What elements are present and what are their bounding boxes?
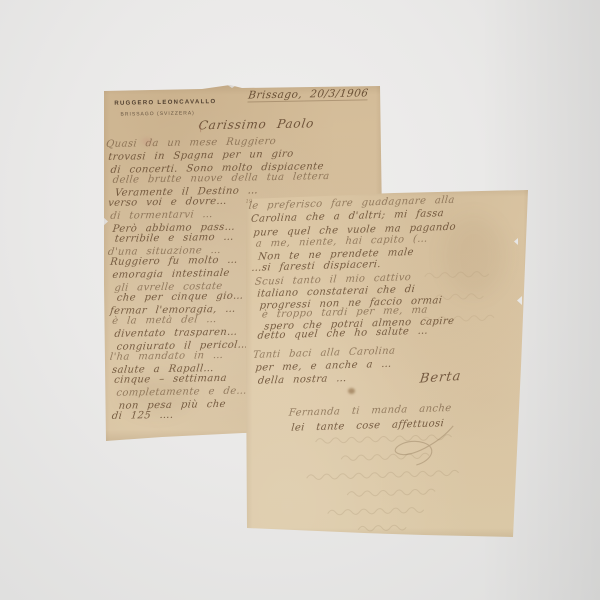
handwritten-line: per me, e anche a … — [255, 358, 392, 373]
handwritten-line: Ruggiero fu molto … — [110, 254, 239, 267]
handwritten-line: diventato trasparen… — [114, 326, 238, 339]
photo-background: RUGGERO LEONCAVALLO BRISSAGO (SVIZZERA) … — [0, 0, 600, 600]
handwritten-line: della nostra … — [257, 373, 347, 387]
salutation: Carissimo Paolo — [198, 116, 315, 132]
letter-right-content: 19 le preferisco fare guadagnare allaCar… — [244, 177, 542, 541]
handwritten-line: è la metà del … — [112, 314, 218, 327]
handwritten-line: Tanti baci alla Carolina — [253, 345, 396, 360]
signature: Berta — [419, 369, 463, 387]
dateline: Brissago, 20/3/1906 — [247, 87, 369, 102]
handwritten-line: terribile e siamo … — [114, 231, 234, 244]
letter-left-body-text: Quasi da un mese Ruggierotrovasi in Spag… — [102, 79, 384, 84]
handwritten-line: completamente e de… — [116, 385, 248, 398]
handwritten-line: Quasi da un mese Ruggiero — [105, 136, 276, 150]
handwritten-line: di 125 …. — [111, 409, 174, 421]
handwritten-line: di tormentarvi … — [110, 209, 214, 222]
handwritten-line: Fernanda ti manda anche — [288, 403, 452, 419]
handwritten-line: emoragia intestinale — [112, 268, 230, 281]
handwritten-line: l'ha mandato in … — [109, 350, 224, 363]
handwritten-line: verso voi e dovre… — [107, 195, 227, 208]
letterhead-place: BRISSAGO (SVIZZERA) — [120, 110, 194, 117]
handwritten-line: che per cinque gio… — [116, 290, 244, 303]
handwritten-line: lei tante cose affettuosi — [291, 418, 445, 434]
pencil-arrow-mark: ↑ — [195, 122, 205, 136]
letter-sheet-right: 19 le preferisco fare guadagnare allaCar… — [244, 186, 532, 542]
handwritten-line: trovasi in Spagna per un giro — [108, 148, 294, 162]
ink-bleed-through — [285, 428, 524, 545]
letterhead-name: RUGGERO LEONCAVALLO — [114, 99, 216, 107]
handwritten-line: cinque – settimana — [114, 372, 228, 385]
